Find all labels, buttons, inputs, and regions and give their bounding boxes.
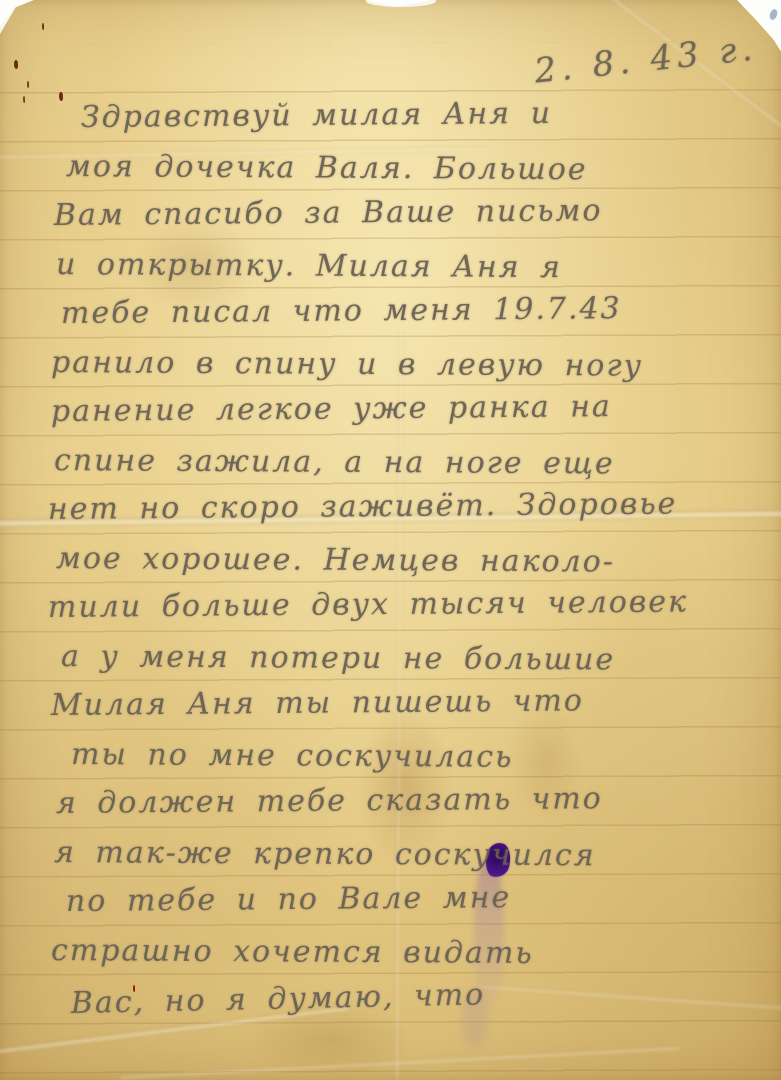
letter-scan: 2. 8. 43 г. Здравствуй милая Аня имоя до…	[0, 0, 781, 1080]
handwritten-line-3: Вам спасибо за Ваше письмо	[54, 192, 774, 247]
handwritten-line-9: нет но скоро заживёт. Здоровье	[48, 486, 774, 541]
handwritten-line-13: Милая Аня ты пишешь что	[51, 682, 774, 737]
stain-specks	[14, 60, 18, 69]
handwritten-line-5: тебе писал что меня 19.7.43	[61, 290, 774, 345]
handwritten-line-15: я должен тебе сказать что	[56, 780, 774, 835]
letter-body: Здравствуй милая Аня имоя дочечка Валя. …	[26, 100, 774, 1035]
letter-paper: 2. 8. 43 г. Здравствуй милая Аня имоя до…	[0, 0, 781, 1080]
handwritten-line-7: ранение легкое уже ранка на	[51, 388, 774, 443]
handwritten-line-17: по тебе и по Вале мне	[66, 878, 774, 933]
handwritten-line-1: Здравствуй милая Аня и	[81, 94, 774, 149]
handwritten-line-11: тили больше двух тысяч человек	[48, 584, 774, 639]
